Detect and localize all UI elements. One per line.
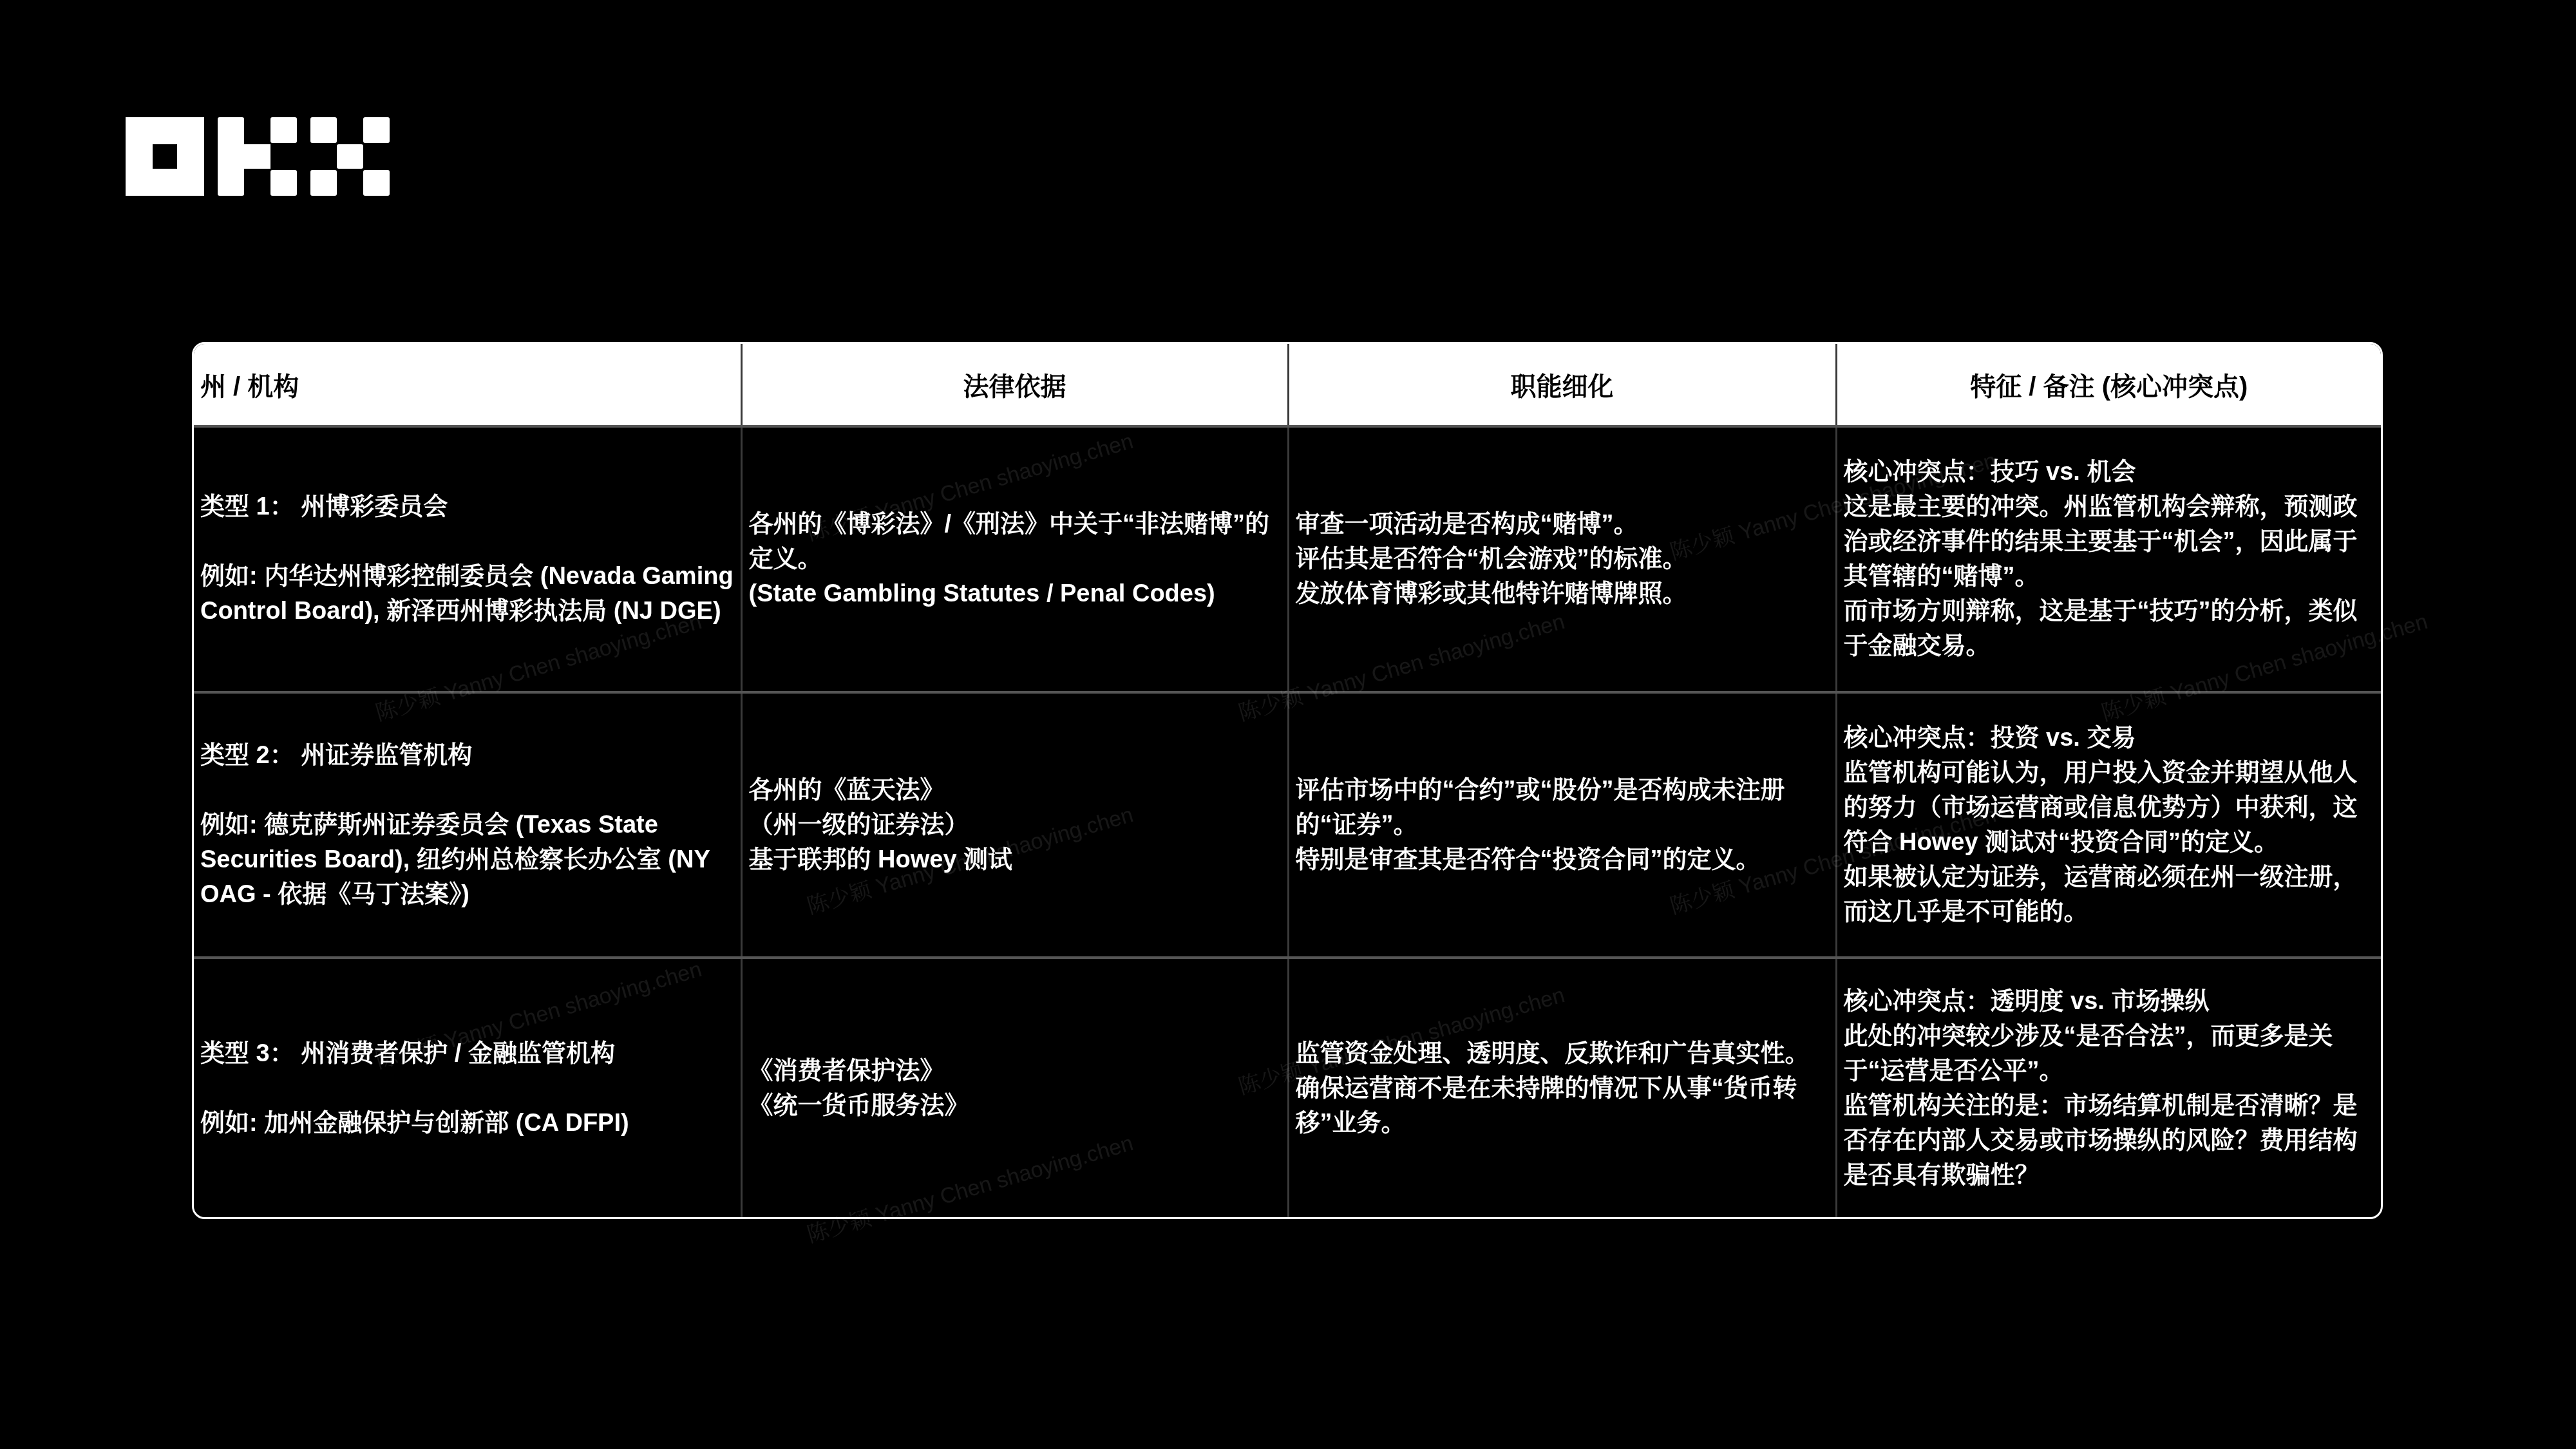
note-line: 如果被认定为证券，运营商必须在州一级注册，而这几乎是不可能的。 [1844,860,2375,929]
agency-example: 例如: 内华达州博彩控制委员会 (Nevada Gaming Control B… [200,559,734,629]
legal-basis-line: 各州的《博彩法》/《刑法》中关于“非法赌博”的定义。 [749,507,1281,576]
function-line: 发放体育博彩或其他特许赌博牌照。 [1296,576,1829,611]
cell-functions: 审查一项活动是否构成“赌博”。 评估其是否符合“机会游戏”的标准。 发放体育博彩… [1288,426,1836,692]
note-line: 这是最主要的冲突。州监管机构会辩称，预测政治或经济事件的结果主要基于“机会”，因… [1844,489,2375,594]
agency-type: 类型 2： 州证券监管机构 [200,738,734,773]
function-line: 评估市场中的“合约”或“股份”是否构成未注册的“证券”。 [1296,773,1829,842]
note-line: 监管机构关注的是：市场结算机制是否清晰？是否存在内部人交易或市场操纵的风险？费用… [1844,1088,2375,1193]
function-line: 特别是审查其是否符合“投资合同”的定义。 [1296,842,1829,877]
table-row: 类型 2： 州证券监管机构 例如: 德克萨斯州证券委员会 (Texas Stat… [194,692,2381,958]
okx-logo-icon [124,116,391,196]
note-heading: 核心冲突点：透明度 vs. 市场操纵 [1844,984,2375,1019]
cell-notes: 核心冲突点：投资 vs. 交易 监管机构可能认为，用户投入资金并期望从他人的努力… [1836,692,2381,958]
note-line: 监管机构可能认为，用户投入资金并期望从他人的努力（市场运营商或信息优势方）中获利… [1844,755,2375,860]
cell-agency: 类型 3： 州消费者保护 / 金融监管机构 例如: 加州金融保护与创新部 (CA… [194,958,741,1217]
table-header-row: 州 / 机构 法律依据 职能细化 特征 / 备注 (核心冲突点) [194,344,2381,426]
cell-functions: 监管资金处理、透明度、反欺诈和广告真实性。 确保运营商不是在未持牌的情况下从事“… [1288,958,1836,1217]
cell-agency: 类型 1： 州博彩委员会 例如: 内华达州博彩控制委员会 (Nevada Gam… [194,426,741,692]
header-agency: 州 / 机构 [194,344,741,426]
note-heading: 核心冲突点：投资 vs. 交易 [1844,721,2375,755]
table-row: 类型 3： 州消费者保护 / 金融监管机构 例如: 加州金融保护与创新部 (CA… [194,958,2381,1217]
agency-type: 类型 3： 州消费者保护 / 金融监管机构 [200,1036,734,1071]
legal-basis-line: 各州的《蓝天法》 [749,773,1281,808]
note-line: 而市场方则辩称，这是基于“技巧”的分析，类似于金融交易。 [1844,594,2375,663]
note-line: 此处的冲突较少涉及“是否合法”，而更多是关于“运营是否公平”。 [1844,1019,2375,1088]
agency-type: 类型 1： 州博彩委员会 [200,489,734,524]
table-row: 类型 1： 州博彩委员会 例如: 内华达州博彩控制委员会 (Nevada Gam… [194,426,2381,692]
legal-basis-line: (State Gambling Statutes / Penal Codes) [749,576,1281,611]
legal-basis-line: 《统一货币服务法》 [749,1088,1281,1123]
cell-legal-basis: 《消费者保护法》 《统一货币服务法》 [741,958,1288,1217]
header-legal-basis: 法律依据 [741,344,1288,426]
cell-legal-basis: 各州的《博彩法》/《刑法》中关于“非法赌博”的定义。 (State Gambli… [741,426,1288,692]
legal-basis-line: 基于联邦的 Howey 测试 [749,842,1281,877]
note-heading: 核心冲突点：技巧 vs. 机会 [1844,455,2375,489]
header-notes: 特征 / 备注 (核心冲突点) [1836,344,2381,426]
legal-basis-line: 《消费者保护法》 [749,1054,1281,1088]
cell-notes: 核心冲突点：透明度 vs. 市场操纵 此处的冲突较少涉及“是否合法”，而更多是关… [1836,958,2381,1217]
agency-example: 例如: 德克萨斯州证券委员会 (Texas State Securities B… [200,808,734,912]
cell-notes: 核心冲突点：技巧 vs. 机会 这是最主要的冲突。州监管机构会辩称，预测政治或经… [1836,426,2381,692]
cell-legal-basis: 各州的《蓝天法》 （州一级的证券法） 基于联邦的 Howey 测试 [741,692,1288,958]
function-line: 审查一项活动是否构成“赌博”。 [1296,507,1829,542]
cell-agency: 类型 2： 州证券监管机构 例如: 德克萨斯州证券委员会 (Texas Stat… [194,692,741,958]
function-line: 确保运营商不是在未持牌的情况下从事“货币转移”业务。 [1296,1071,1829,1141]
agency-example: 例如: 加州金融保护与创新部 (CA DFPI) [200,1106,734,1141]
function-line: 监管资金处理、透明度、反欺诈和广告真实性。 [1296,1036,1829,1071]
regulator-table: 州 / 机构 法律依据 职能细化 特征 / 备注 (核心冲突点) 类型 1： 州… [192,342,2383,1219]
legal-basis-line: （州一级的证券法） [749,808,1281,842]
function-line: 评估其是否符合“机会游戏”的标准。 [1296,542,1829,576]
cell-functions: 评估市场中的“合约”或“股份”是否构成未注册的“证券”。 特别是审查其是否符合“… [1288,692,1836,958]
header-functions: 职能细化 [1288,344,1836,426]
